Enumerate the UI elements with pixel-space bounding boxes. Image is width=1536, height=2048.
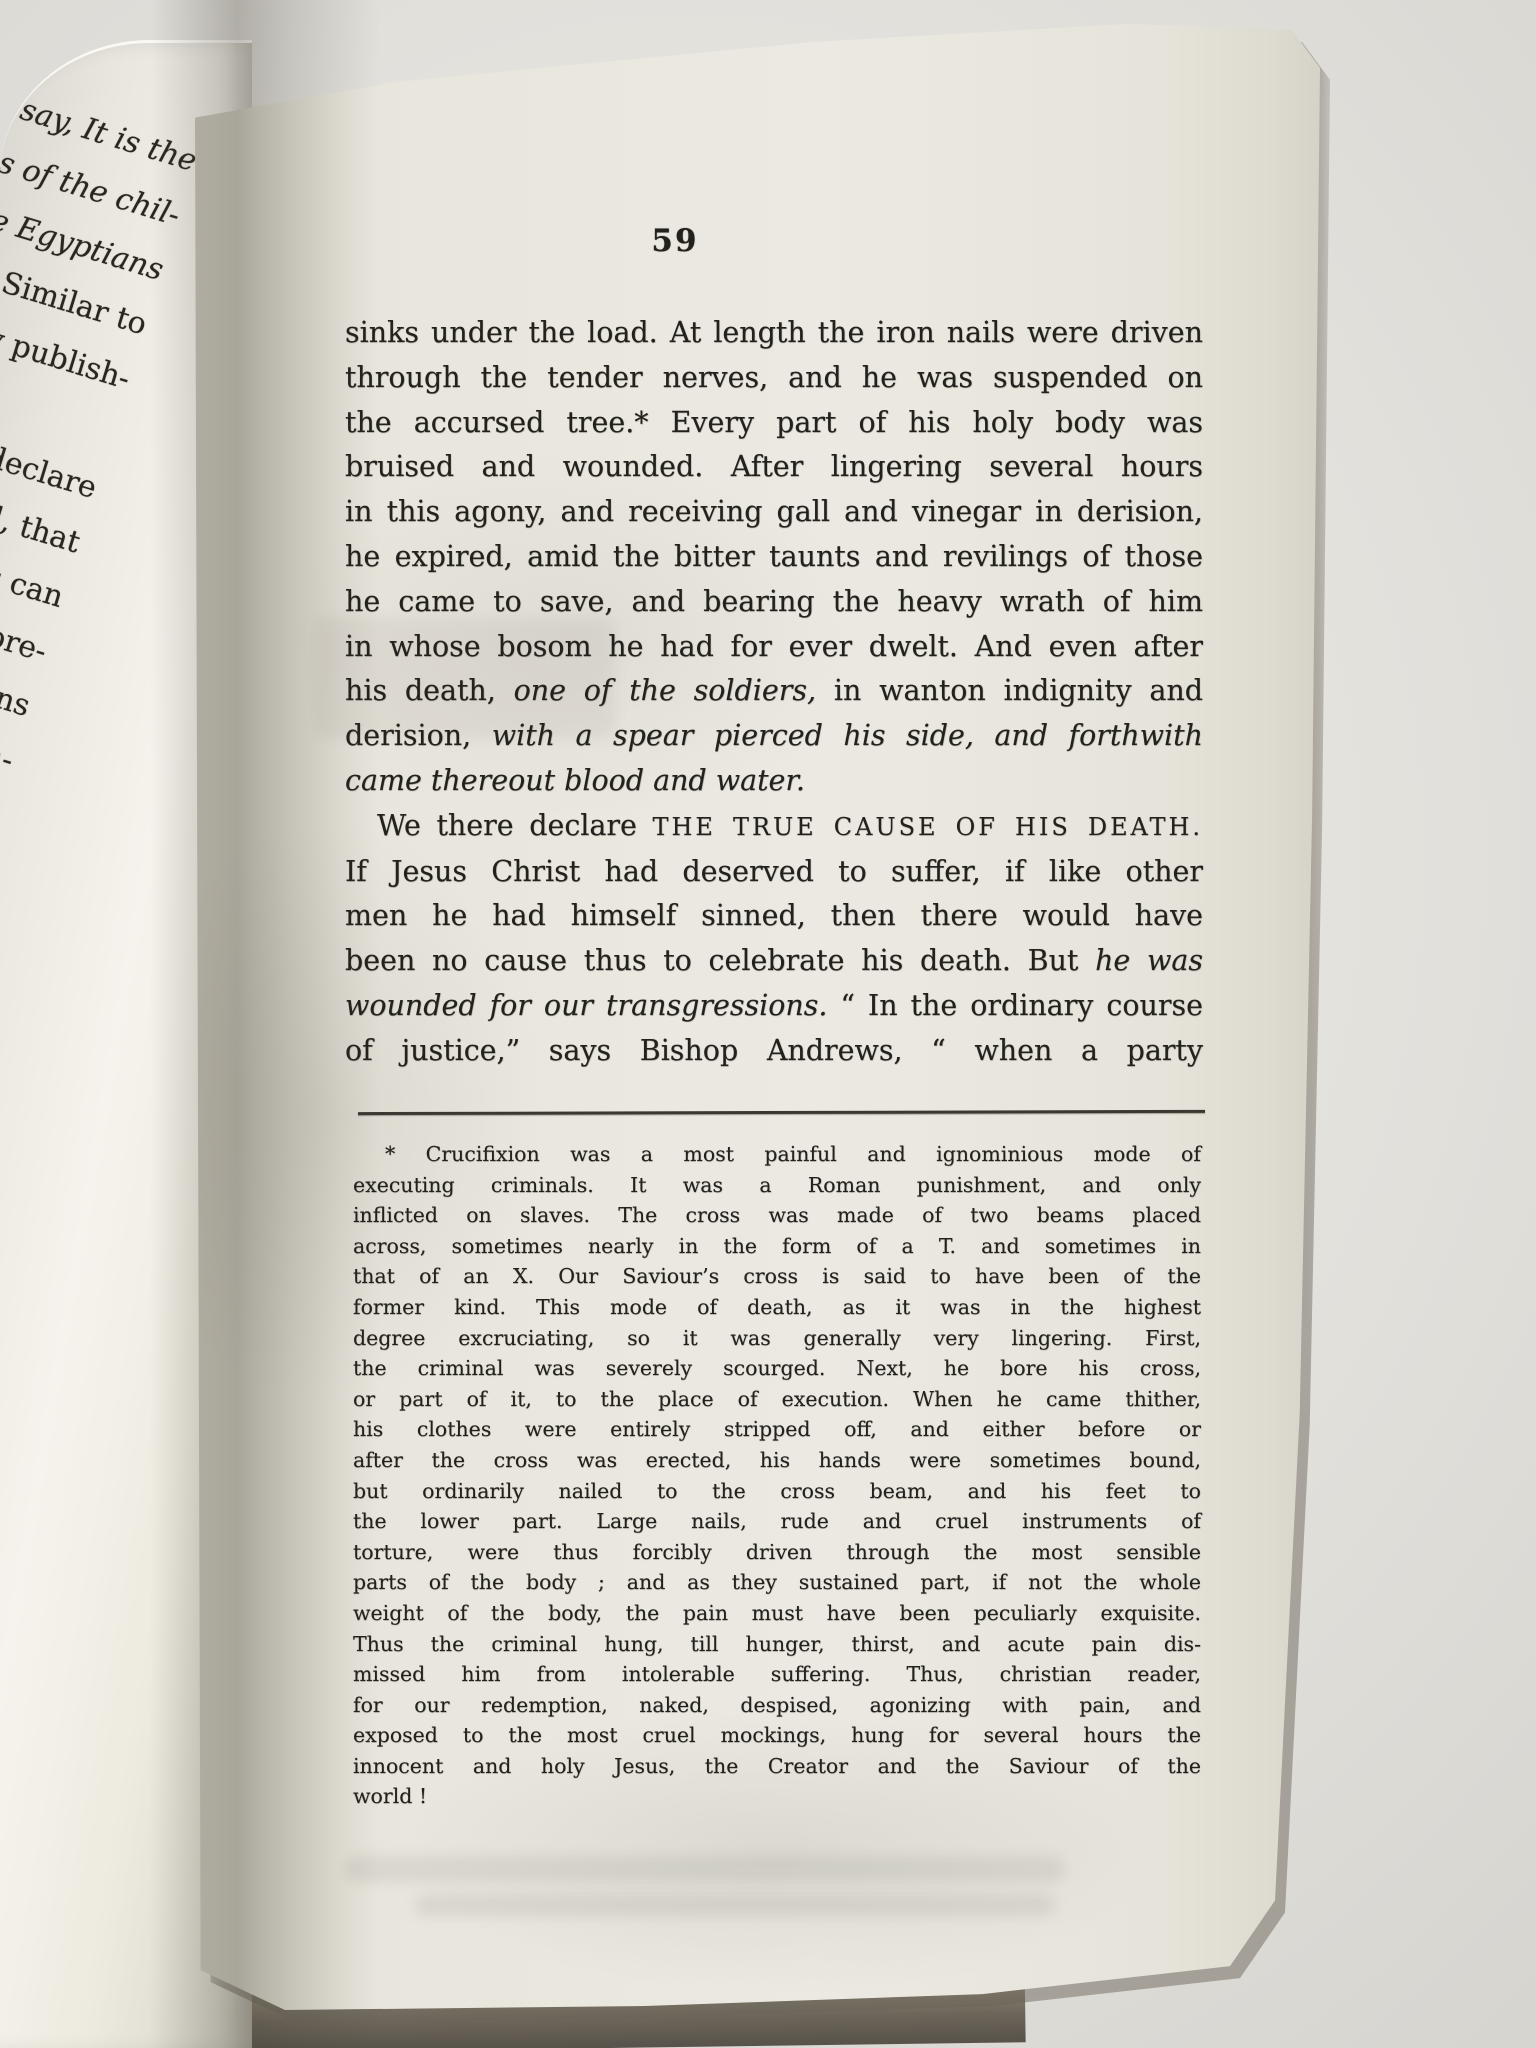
text-line: derision, with a spear pierced his side,… [345, 714, 1203, 759]
text-line: * Crucifixion was a most painful and ign… [353, 1139, 1201, 1170]
text-line: former kind. This mode of death, as it w… [353, 1292, 1201, 1323]
text-line: executing criminals. It was a Roman puni… [353, 1170, 1201, 1201]
left-page-text-fragments: say, It is theses of the chil-he Egyptia… [0, 40, 204, 1934]
book-photo: say, It is theses of the chil-he Egyptia… [0, 0, 1536, 2048]
text-line: or part of it, to the place of execution… [353, 1384, 1201, 1415]
text-line: of justice,” says Bishop Andrews, “ when… [345, 1029, 1203, 1074]
text-line: parts of the body ; and as they sustaine… [353, 1567, 1201, 1598]
text-line: came thereout blood and water. [345, 759, 1203, 804]
text-line: men he had himself sinned, then there wo… [345, 894, 1203, 939]
paragraph-true-cause: We there declare THE TRUE CAUSE OF HIS D… [345, 804, 1203, 1074]
text-line: in whose bosom he had for ever dwelt. An… [345, 625, 1203, 670]
text-line: missed him from intolerable suffering. T… [353, 1659, 1201, 1690]
text-line: We there declare THE TRUE CAUSE OF HIS D… [345, 804, 1203, 850]
text-line: in this agony, and receiving gall and vi… [345, 490, 1203, 535]
text-line: torture, were thus forcibly driven throu… [353, 1537, 1201, 1568]
text-line: inflicted on slaves. The cross was made … [353, 1200, 1201, 1231]
text-line: but ordinarily nailed to the cross beam,… [353, 1476, 1201, 1507]
text-line: across, sometimes nearly in the form of … [353, 1231, 1201, 1262]
text-line: the lower part. Large nails, rude and cr… [353, 1506, 1201, 1537]
page-number: 59 [525, 223, 825, 259]
text-line: innocent and holy Jesus, the Creator and… [353, 1751, 1201, 1782]
text-line: that of an X. Our Saviour’s cross is sai… [353, 1261, 1201, 1292]
text-line: sinks under the load. At length the iron… [345, 311, 1203, 356]
text-line: been no cause thus to celebrate his deat… [345, 939, 1203, 984]
show-through-smudge [345, 1856, 1065, 1882]
text-line: after the cross was erected, his hands w… [353, 1445, 1201, 1476]
text-line: weight of the body, the pain must have b… [353, 1598, 1201, 1629]
paragraph-crucifixion: sinks under the load. At length the iron… [345, 311, 1203, 804]
text-line: his clothes were entirely stripped off, … [353, 1414, 1201, 1445]
right-page: 59 sinks under the load. At length the i… [195, 18, 1320, 2010]
text-line: he expired, amid the bitter taunts and r… [345, 535, 1203, 580]
text-line: wounded for our transgressions. “ In the… [345, 984, 1203, 1029]
text-line: Thus the criminal hung, till hunger, thi… [353, 1629, 1201, 1660]
text-line: for our redemption, naked, despised, ago… [353, 1690, 1201, 1721]
text-line: world ! [353, 1781, 1201, 1812]
text-line: his death, one of the soldiers, in wanto… [345, 669, 1203, 714]
text-line: degree excruciating, so it was generally… [353, 1323, 1201, 1354]
text-line: If Jesus Christ had deserved to suffer, … [345, 850, 1203, 895]
text-line: through the tender nerves, and he was su… [345, 356, 1203, 401]
footnote-divider-rule [358, 1110, 1205, 1115]
main-body-text: sinks under the load. At length the iron… [345, 311, 1203, 1074]
text-line: he came to save, and bearing the heavy w… [345, 580, 1203, 625]
text-line: exposed to the most cruel mockings, hung… [353, 1720, 1201, 1751]
show-through-smudge [415, 1894, 1055, 1916]
text-line: the accursed tree.* Every part of his ho… [345, 401, 1203, 446]
footnote-text: * Crucifixion was a most painful and ign… [353, 1139, 1201, 1812]
text-line: the criminal was severely scourged. Next… [353, 1353, 1201, 1384]
text-line: bruised and wounded. After lingering sev… [345, 445, 1203, 490]
